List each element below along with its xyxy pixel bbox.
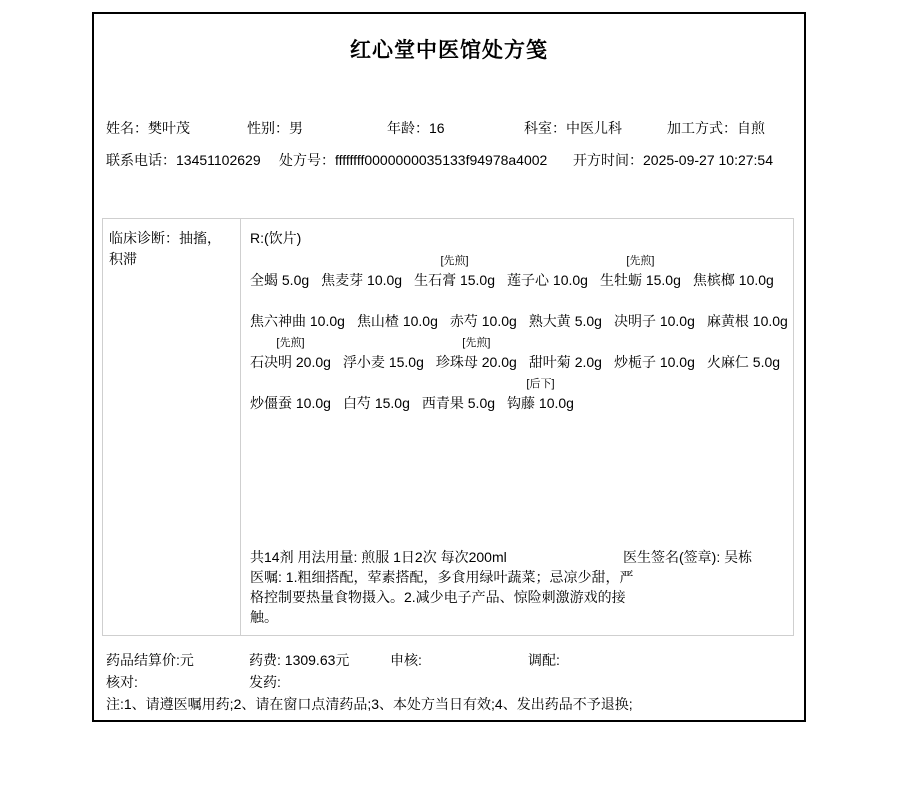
medicine-item: 赤芍 10.0g xyxy=(450,292,517,331)
medicine-fee-label: 药费: xyxy=(249,652,285,668)
medicine-name-dose: 钩藤 10.0g xyxy=(507,394,574,413)
prescription-no-value: ffffffff0000000035133f94978a4002 xyxy=(335,152,547,168)
decoction-tag xyxy=(289,374,292,394)
medicine-item: [先煎]生石膏 15.0g xyxy=(414,251,495,290)
decoction-tag xyxy=(457,374,460,394)
medicine-item: 莲子心 10.0g xyxy=(507,251,588,290)
medicine-name-dose: 生牡蛎 15.0g xyxy=(600,271,681,290)
medicine-list: 全蝎 5.0g 焦麦芽 10.0g[先煎]生石膏 15.0g 莲子心 10.0g… xyxy=(250,251,788,415)
decoction-tag xyxy=(564,333,567,353)
patient-name-label: 姓名： xyxy=(106,120,148,136)
medicine-name-dose: 赤芍 10.0g xyxy=(450,312,517,331)
medicine-item: 焦六神曲 10.0g xyxy=(250,292,345,331)
medicine-name-dose: 全蝎 5.0g xyxy=(250,271,309,290)
decoction-tag xyxy=(375,374,378,394)
medicine-item: [先煎]石决明 20.0g xyxy=(250,333,331,372)
medicine-row: 全蝎 5.0g 焦麦芽 10.0g[先煎]生石膏 15.0g 莲子心 10.0g… xyxy=(250,251,788,290)
footer-note: 注:1、请遵医嘱用药;2、请在窗口点清药品;3、本处方当日有效;4、发出药品不予… xyxy=(106,694,796,714)
medicine-item: 西青果 5.0g xyxy=(422,374,495,413)
decoction-tag xyxy=(732,251,735,271)
settlement-price-value: 元 xyxy=(180,652,194,668)
medicine-fee-value: 1309.63元 xyxy=(285,652,350,668)
usage-row: 共14剂 用法用量: 煎服 1日2次 每次200ml 医生签名(签章): 吴栋 xyxy=(250,547,788,567)
prescription-screenshot: { "header": { "title": "红心堂中医馆处方笺" }, "c… xyxy=(0,0,900,800)
patient-age-field: 年龄：16 xyxy=(387,118,445,138)
decoction-tag xyxy=(396,292,399,312)
medicine-row: 炒僵蚕 10.0g 白芍 15.0g 西青果 5.0g[后下]钩藤 10.0g xyxy=(250,374,788,413)
patient-age-value: 16 xyxy=(429,120,445,136)
medicine-name-dose: 炒僵蚕 10.0g xyxy=(250,394,331,413)
medicine-name-dose: 珍珠母 20.0g xyxy=(436,353,517,372)
medicine-name-dose: 焦山楂 10.0g xyxy=(357,312,438,331)
page-title: 红心堂中医馆处方笺 xyxy=(94,34,804,64)
medicine-item: 浮小麦 15.0g xyxy=(343,333,424,372)
medicine-name-dose: 熟大黄 5.0g xyxy=(529,312,602,331)
doctor-name: 吴栋 xyxy=(724,549,752,565)
medicine-name-dose: 焦麦芽 10.0g xyxy=(321,271,402,290)
medicine-item: 焦槟榔 10.0g xyxy=(693,251,774,290)
medicine-name-dose: 西青果 5.0g xyxy=(422,394,495,413)
processing-method-field: 加工方式：自煎 xyxy=(667,118,765,138)
prescription-time-value: 2025-09-27 10:27:54 xyxy=(643,152,773,168)
medicine-item: 麻黄根 10.0g xyxy=(707,292,788,331)
clinical-diagnosis-label: 临床诊断： xyxy=(109,230,179,246)
patient-info-row-1: 姓名：樊叶茂性别：男年龄：16科室：中医儿科加工方式：自煎 xyxy=(106,118,796,138)
patient-name-value: 樊叶茂 xyxy=(148,120,190,136)
patient-gender-value: 男 xyxy=(289,120,303,136)
decoction-tag: [先煎] xyxy=(440,251,468,271)
medicine-item: 甜叶菊 2.0g xyxy=(529,333,602,372)
medicine-item: [先煎]珍珠母 20.0g xyxy=(436,333,517,372)
department-label: 科室： xyxy=(524,120,566,136)
medicine-item: 熟大黄 5.0g xyxy=(529,292,602,331)
decoction-tag: [先煎] xyxy=(276,333,304,353)
prescription-time-field: 开方时间：2025-09-27 10:27:54 xyxy=(573,150,773,170)
contact-phone-field: 联系电话：13451102629 xyxy=(106,150,261,170)
patient-name-field: 姓名：樊叶茂 xyxy=(106,118,190,138)
medicine-name-dose: 浮小麦 15.0g xyxy=(343,353,424,372)
decoction-tag xyxy=(742,333,745,353)
decoction-tag xyxy=(746,292,749,312)
processing-method-value: 自煎 xyxy=(737,120,765,136)
decoction-tag: [先煎] xyxy=(626,251,654,271)
medicine-item: 焦麦芽 10.0g xyxy=(321,251,402,290)
dispensing-prep-label: 调配: xyxy=(528,652,560,668)
medicine-name-dose: 甜叶菊 2.0g xyxy=(529,353,602,372)
decoction-tag xyxy=(564,292,567,312)
usage-instructions: 用法用量: 煎服 1日2次 每次200ml xyxy=(297,549,506,565)
prescription-no-label: 处方号： xyxy=(279,152,335,168)
medicine-name-dose: 决明子 10.0g xyxy=(614,312,695,331)
medicine-name-dose: 麻黄根 10.0g xyxy=(707,312,788,331)
decoction-tag xyxy=(653,333,656,353)
drug-issue-label: 发药: xyxy=(249,674,281,690)
medicine-item: 决明子 10.0g xyxy=(614,292,695,331)
doctor-signature: 医生签名(签章): 吴栋 xyxy=(623,547,752,567)
medicine-fee-field: 药费: 1309.63元 xyxy=(249,650,349,670)
patient-age-label: 年龄： xyxy=(387,120,429,136)
prescription-no-field: 处方号：ffffffff0000000035133f94978a4002 xyxy=(279,150,547,170)
medicine-name-dose: 炒栀子 10.0g xyxy=(614,353,695,372)
medicine-name-dose: 焦六神曲 10.0g xyxy=(250,312,345,331)
prescription-content: R:(饮片) 全蝎 5.0g 焦麦芽 10.0g[先煎]生石膏 15.0g 莲子… xyxy=(241,219,796,635)
decoction-tag xyxy=(382,333,385,353)
prescription-time-label: 开方时间： xyxy=(573,152,643,168)
medicine-name-dose: 火麻仁 5.0g xyxy=(707,353,780,372)
decoction-tag xyxy=(296,292,299,312)
medicine-item: 全蝎 5.0g xyxy=(250,251,309,290)
medical-advice: 医嘱: 1.粗细搭配，荤素搭配，多食用绿叶蔬菜；忌凉少甜，严格控制要热量食物摄入… xyxy=(250,567,634,627)
medicine-name-dose: 白芍 15.0g xyxy=(343,394,410,413)
medicine-name-dose: 生石膏 15.0g xyxy=(414,271,495,290)
settlement-price-label: 药品结算价: xyxy=(106,652,180,668)
patient-gender-field: 性别：男 xyxy=(247,118,303,138)
decoction-tag: [先煎] xyxy=(462,333,490,353)
medicine-item: 炒栀子 10.0g xyxy=(614,333,695,372)
footer-row-1: 药品结算价:元药费: 1309.63元申核:调配: xyxy=(106,650,796,672)
verify-label: 核对: xyxy=(106,674,138,690)
audit-field: 申核: xyxy=(390,650,422,670)
medicine-name-dose: 焦槟榔 10.0g xyxy=(693,271,774,290)
decoction-tag xyxy=(653,292,656,312)
decoction-tag xyxy=(546,251,549,271)
settlement-price-field: 药品结算价:元 xyxy=(106,650,194,670)
processing-method-label: 加工方式： xyxy=(667,120,737,136)
footer-row-2: 核对:发药: xyxy=(106,672,796,694)
footer-area: 药品结算价:元药费: 1309.63元申核:调配: 核对:发药: 注:1、请遵医… xyxy=(106,650,796,714)
medicine-item: 火麻仁 5.0g xyxy=(707,333,780,372)
medicine-item: 炒僵蚕 10.0g xyxy=(250,374,331,413)
contact-phone-value: 13451102629 xyxy=(176,152,261,168)
patient-info-row-2: 联系电话：13451102629处方号：ffffffff000000003513… xyxy=(106,150,796,170)
dispensing-prep-field: 调配: xyxy=(528,650,560,670)
medicine-row: 焦六神曲 10.0g 焦山楂 10.0g 赤芍 10.0g 熟大黄 5.0g 决… xyxy=(250,292,788,331)
prescription-sheet: 红心堂中医馆处方笺 姓名：樊叶茂性别：男年龄：16科室：中医儿科加工方式：自煎 … xyxy=(92,12,806,722)
patient-gender-label: 性别： xyxy=(247,120,289,136)
medicine-item: [先煎]生牡蛎 15.0g xyxy=(600,251,681,290)
contact-phone-label: 联系电话： xyxy=(106,152,176,168)
medicine-item: 焦山楂 10.0g xyxy=(357,292,438,331)
dose-count: 共14剂 xyxy=(250,549,294,565)
clinical-diagnosis: 临床诊断：抽搐，积滞 xyxy=(103,219,241,635)
doctor-signature-label: 医生签名(签章): xyxy=(623,549,720,565)
audit-label: 申核: xyxy=(390,652,422,668)
medicine-name-dose: 石决明 20.0g xyxy=(250,353,331,372)
decoction-tag xyxy=(278,251,281,271)
medicine-item: [后下]钩藤 10.0g xyxy=(507,374,574,413)
department-value: 中医儿科 xyxy=(566,120,622,136)
medicine-item: 白芍 15.0g xyxy=(343,374,410,413)
decoction-tag xyxy=(482,292,485,312)
drug-issue-field: 发药: xyxy=(249,672,281,692)
prescription-summary: 共14剂 用法用量: 煎服 1日2次 每次200ml 医生签名(签章): 吴栋 … xyxy=(250,547,788,627)
medicine-name-dose: 莲子心 10.0g xyxy=(507,271,588,290)
rx-header: R:(饮片) xyxy=(250,229,788,247)
decoction-tag: [后下] xyxy=(526,374,554,394)
decoction-tag xyxy=(360,251,363,271)
verify-field: 核对: xyxy=(106,672,138,692)
department-field: 科室：中医儿科 xyxy=(524,118,622,138)
medicine-row: [先煎]石决明 20.0g 浮小麦 15.0g[先煎]珍珠母 20.0g 甜叶菊… xyxy=(250,333,788,372)
prescription-box: 临床诊断：抽搐，积滞 R:(饮片) 全蝎 5.0g 焦麦芽 10.0g[先煎]生… xyxy=(102,218,794,636)
